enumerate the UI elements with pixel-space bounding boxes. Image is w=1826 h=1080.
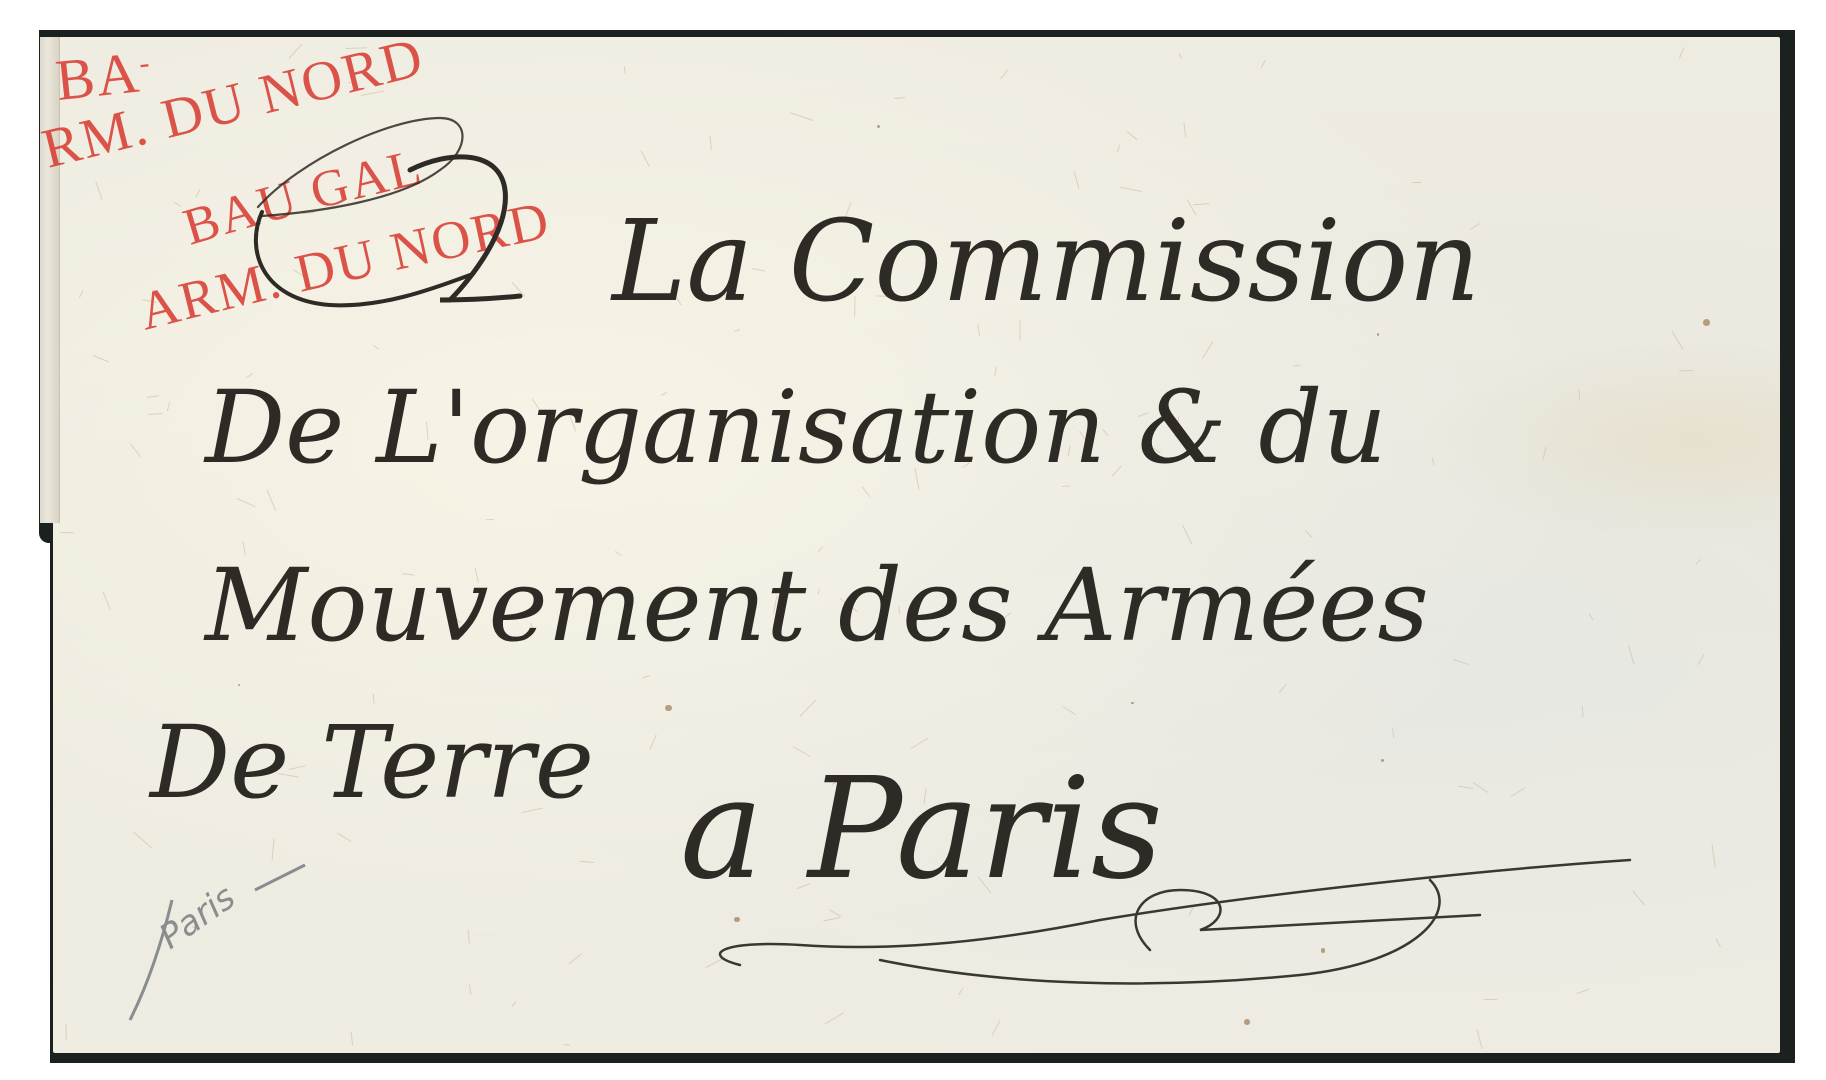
address-line-4: De Terre xyxy=(148,704,594,821)
address-line-5: a Paris xyxy=(680,748,1163,911)
main-postmark: BAU GAL ARM. DU NORD xyxy=(133,139,660,342)
pencil-note-text: Paris xyxy=(152,877,243,957)
address-line-3: Mouvement des Armées xyxy=(203,547,1429,664)
address-line-1: La Commission xyxy=(610,197,1480,327)
address-line-2: De L'organisation & du xyxy=(203,369,1387,486)
pencil-annotation: Paris xyxy=(130,865,305,1020)
letter-markings: BA- RM. DU NORD BAU GAL ARM. DU NORD La … xyxy=(0,0,1826,1080)
